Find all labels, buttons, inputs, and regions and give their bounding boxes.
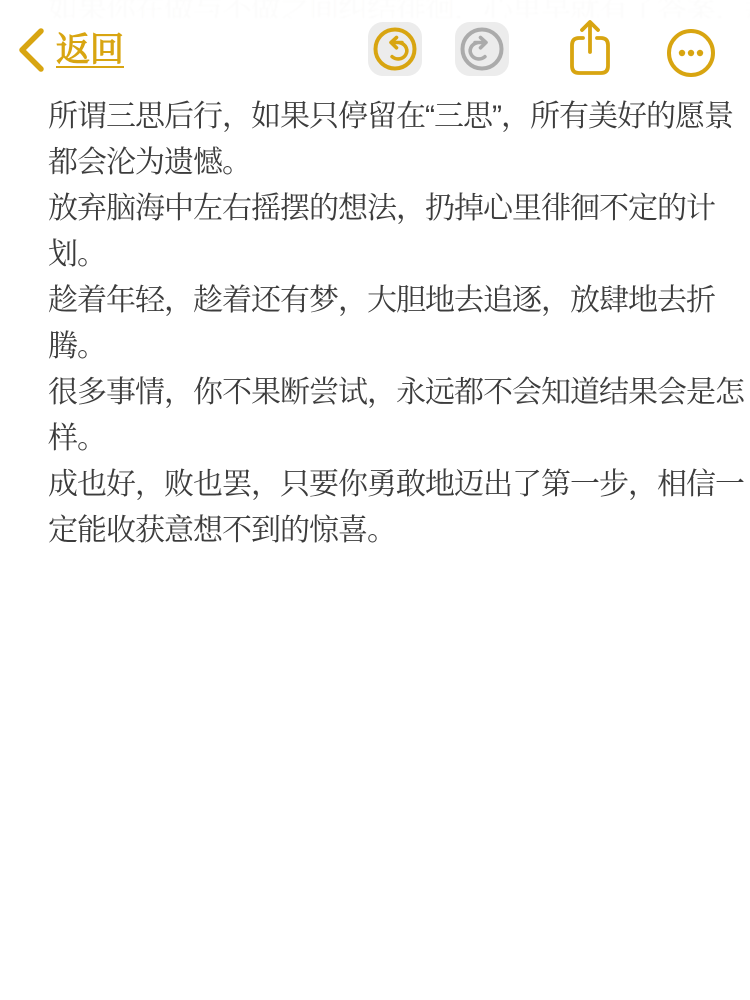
note-line: 所谓三思后行，如果只停留在“三思”，所有美好的愿景 xyxy=(48,94,720,140)
note-line: 趁着年轻，趁着还有梦，大胆地去追逐，放肆地去折 xyxy=(48,278,720,324)
note-line: 放弃脑海中左右摇摆的想法，扔掉心里徘徊不定的计 xyxy=(48,186,720,232)
back-button[interactable]: 返回 xyxy=(16,22,124,78)
undo-icon xyxy=(372,26,418,72)
more-button[interactable] xyxy=(662,24,720,82)
more-icon xyxy=(665,27,717,79)
share-button[interactable] xyxy=(560,14,620,82)
back-button-label: 返回 xyxy=(56,22,124,78)
note-line: 都会沦为遗憾。 xyxy=(48,140,720,186)
redo-icon xyxy=(459,26,505,72)
share-icon xyxy=(563,16,617,80)
note-line: 腾。 xyxy=(48,324,720,370)
note-line: 成也好，败也罢，只要你勇敢地迈出了第一步，相信一 xyxy=(48,462,720,508)
note-line: 划。 xyxy=(48,232,720,278)
note-line: 样。 xyxy=(48,416,720,462)
undo-button[interactable] xyxy=(368,22,422,76)
note-line: 很多事情，你不果断尝试，永远都不会知道结果会是怎 xyxy=(48,370,720,416)
redo-button[interactable] xyxy=(455,22,509,76)
back-chevron-icon xyxy=(16,25,46,75)
note-editor[interactable]: 所谓三思后行，如果只停留在“三思”，所有美好的愿景 都会沦为遗憾。 放弃脑海中左… xyxy=(48,94,720,554)
nav-bar: 返回 xyxy=(0,0,750,92)
note-line: 定能收获意想不到的惊喜。 xyxy=(48,508,720,554)
